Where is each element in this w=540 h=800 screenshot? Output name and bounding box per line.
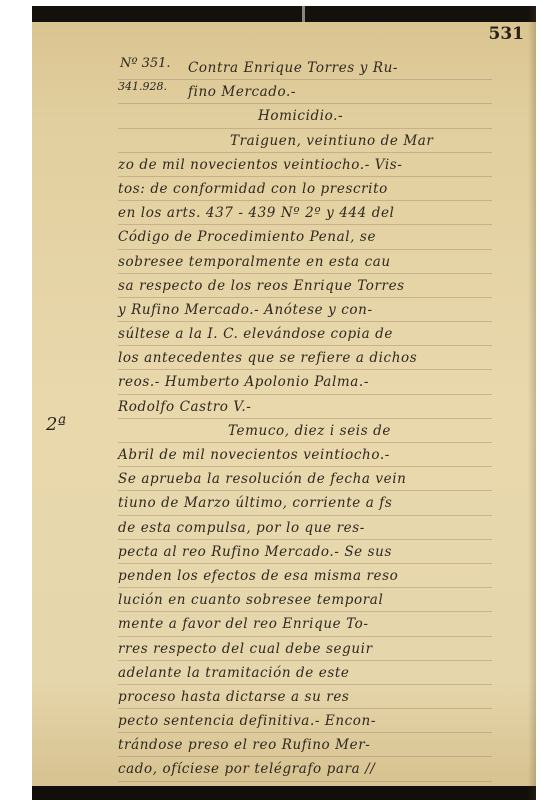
text-line: Se aprueba la resolución de fecha vein <box>118 467 498 491</box>
text-line: Abril de mil novecientos veintiocho.- <box>118 443 498 467</box>
text-line: tos: de conformidad con lo prescrito <box>118 177 498 201</box>
scan-bottom-edge <box>32 786 536 800</box>
text-line: y Rufino Mercado.- Anótese y con- <box>118 298 498 322</box>
page-number: 531 <box>489 24 525 44</box>
text-line: trándose preso el reo Rufino Mer- <box>118 733 498 757</box>
text-line: súltese a la I. C. elevándose copia de <box>118 322 498 346</box>
text-line: penden los efectos de esa misma reso <box>118 564 498 588</box>
text-line: Homicidio.- <box>118 104 498 128</box>
section-marker: 2ª <box>46 414 66 435</box>
handwritten-text: Contra Enrique Torres y Ru- fino Mercado… <box>118 56 498 782</box>
text-line: pecto sentencia definitiva.- Encon- <box>118 709 498 733</box>
text-line: los antecedentes que se refiere a dichos <box>118 346 498 370</box>
text-line: en los arts. 437 - 439 Nº 2º y 444 del <box>118 201 498 225</box>
text-line: Rodolfo Castro V.- <box>118 395 498 419</box>
text-line: zo de mil novecientos veintiocho.- Vis- <box>118 153 498 177</box>
text-line: Código de Procedimiento Penal, se <box>118 225 498 249</box>
binding-crease <box>302 6 305 22</box>
text-line: tiuno de Marzo último, corriente a fs <box>118 491 498 515</box>
text-line: de esta compulsa, por lo que res- <box>118 516 498 540</box>
text-line: adelante la tramitación de este <box>118 661 498 685</box>
text-line: sobresee temporalmente en esta cau <box>118 250 498 274</box>
text-line: fino Mercado.- <box>118 80 498 104</box>
text-line: lución en cuanto sobresee temporal <box>118 588 498 612</box>
text-line: mente a favor del reo Enrique To- <box>118 612 498 636</box>
text-line: sa respecto de los reos Enrique Torres <box>118 274 498 298</box>
text-line: pecta al reo Rufino Mercado.- Se sus <box>118 540 498 564</box>
text-line: cado, ofíciese por telégrafo para // <box>118 757 498 781</box>
scan-top-edge <box>32 6 536 22</box>
text-line: Contra Enrique Torres y Ru- <box>118 56 498 80</box>
text-line: rres respecto del cual debe seguir <box>118 637 498 661</box>
text-line: reos.- Humberto Apolonio Palma.- <box>118 370 498 394</box>
document-scan: 531 Nº 351. 341.928. 2ª Contra Enrique T… <box>32 6 536 800</box>
text-line: Traiguen, veintiuno de Mar <box>118 129 498 153</box>
text-line: Temuco, diez i seis de <box>118 419 498 443</box>
text-line: proceso hasta dictarse a su res <box>118 685 498 709</box>
